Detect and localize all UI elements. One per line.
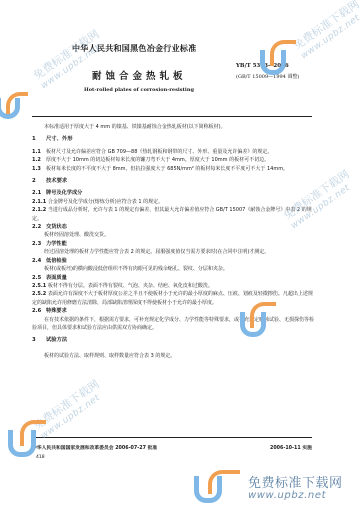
intro-paragraph: 本标准适用于厚度大于 4 mm 的镍基、铁镍基耐蚀合金热轧板材(以下简称板材)。 (32, 123, 314, 131)
subsection-heading-2-1: 2.1牌号及化学成分 (32, 189, 314, 197)
watermark-logo-icon (258, 38, 292, 78)
brand-name: 免费标准下载网 (248, 472, 343, 491)
header-divider (32, 116, 312, 117)
clause-3-text: 板材的试验方法、取样规则、取样数量应符合表 3 的规定。 (32, 352, 314, 360)
brand-banner: 免费标准下载网 www.upbz.net (248, 472, 343, 501)
clause-2-1-1: 2.1.1 合金牌号及化学成分(熔炼分析)应符合表 1 的规定。 (32, 198, 314, 206)
brand-url: www.upbz.net (248, 490, 343, 501)
clause-2-4-text: 板材(或板坯)的横向酸浸低倍组织不得有肉眼可见的残余缩孔、裂纹、分层和夹杂。 (32, 265, 314, 273)
watermark-logo-icon (238, 300, 272, 340)
watermark-logo-icon (4, 418, 44, 462)
clause-2-5-1: 2.5.1 板材不得有分层。表面不得有裂纹、气泡、夹杂、结疤、氧化皮和过酸洗。 (32, 282, 314, 290)
implementation-date: 2006-10-11 实施 (270, 444, 312, 451)
approval-line: 中华人民共和国国家发展和改革委员会 2006-07-27 批准 (32, 444, 157, 451)
document-title-zh: 耐蚀合金热轧板 (92, 68, 187, 82)
footer-divider (32, 437, 312, 438)
issuing-organization: 中华人民共和国黑色冶金行业标准 (72, 43, 197, 54)
subsection-heading-2-2: 2.2交货状态 (32, 223, 314, 231)
clause-1-1: 1.1板材尺寸及允许偏差应符合 GB 709—88《热轧钢板和钢带的尺寸、外形、… (32, 148, 314, 156)
watermark-top-right: 免费标准下载网www.upbz.net (290, 40, 360, 66)
section-heading-1: 1尺寸、外形 (32, 135, 314, 143)
brand-logo-icon (194, 470, 246, 504)
section-heading-2: 2技术要求 (32, 177, 314, 185)
clause-2-1-2: 2.1.2 当进行成品分析时，允许与表 1 的规定有偏差，但其最大允许偏差值应符… (32, 206, 314, 223)
subsection-heading-2-3: 2.3力学性能 (32, 240, 314, 248)
watermark-logo-icon (0, 92, 24, 122)
clause-1-3: 1.3板材每米长度的不平度不大于 8mm，但抗拉强度大于 685N/mm² 的板… (32, 165, 314, 173)
clause-1-2: 1.2厚度不大于 10mm 的切边板材每米长度的镰刀弯不大于 4mm。厚度大于 … (32, 156, 314, 164)
subsection-heading-2-5: 2.5表面质量 (32, 274, 314, 282)
document-title-en: Hot-rolled plates of corrosion-resisting (84, 87, 194, 93)
document-page: 中华人民共和国黑色冶金行业标准 耐蚀合金热轧板 Hot-rolled plate… (0, 0, 360, 509)
clause-2-3-text: 经过固溶处理的板材力学性能应符合表 2 的规定。屈服强度值仅当需方要求时(在合同… (32, 248, 314, 256)
clause-2-2-text: 板材经固溶处理、酸洗交货。 (32, 231, 314, 239)
subsection-heading-2-4: 2.4低倍检验 (32, 257, 314, 265)
